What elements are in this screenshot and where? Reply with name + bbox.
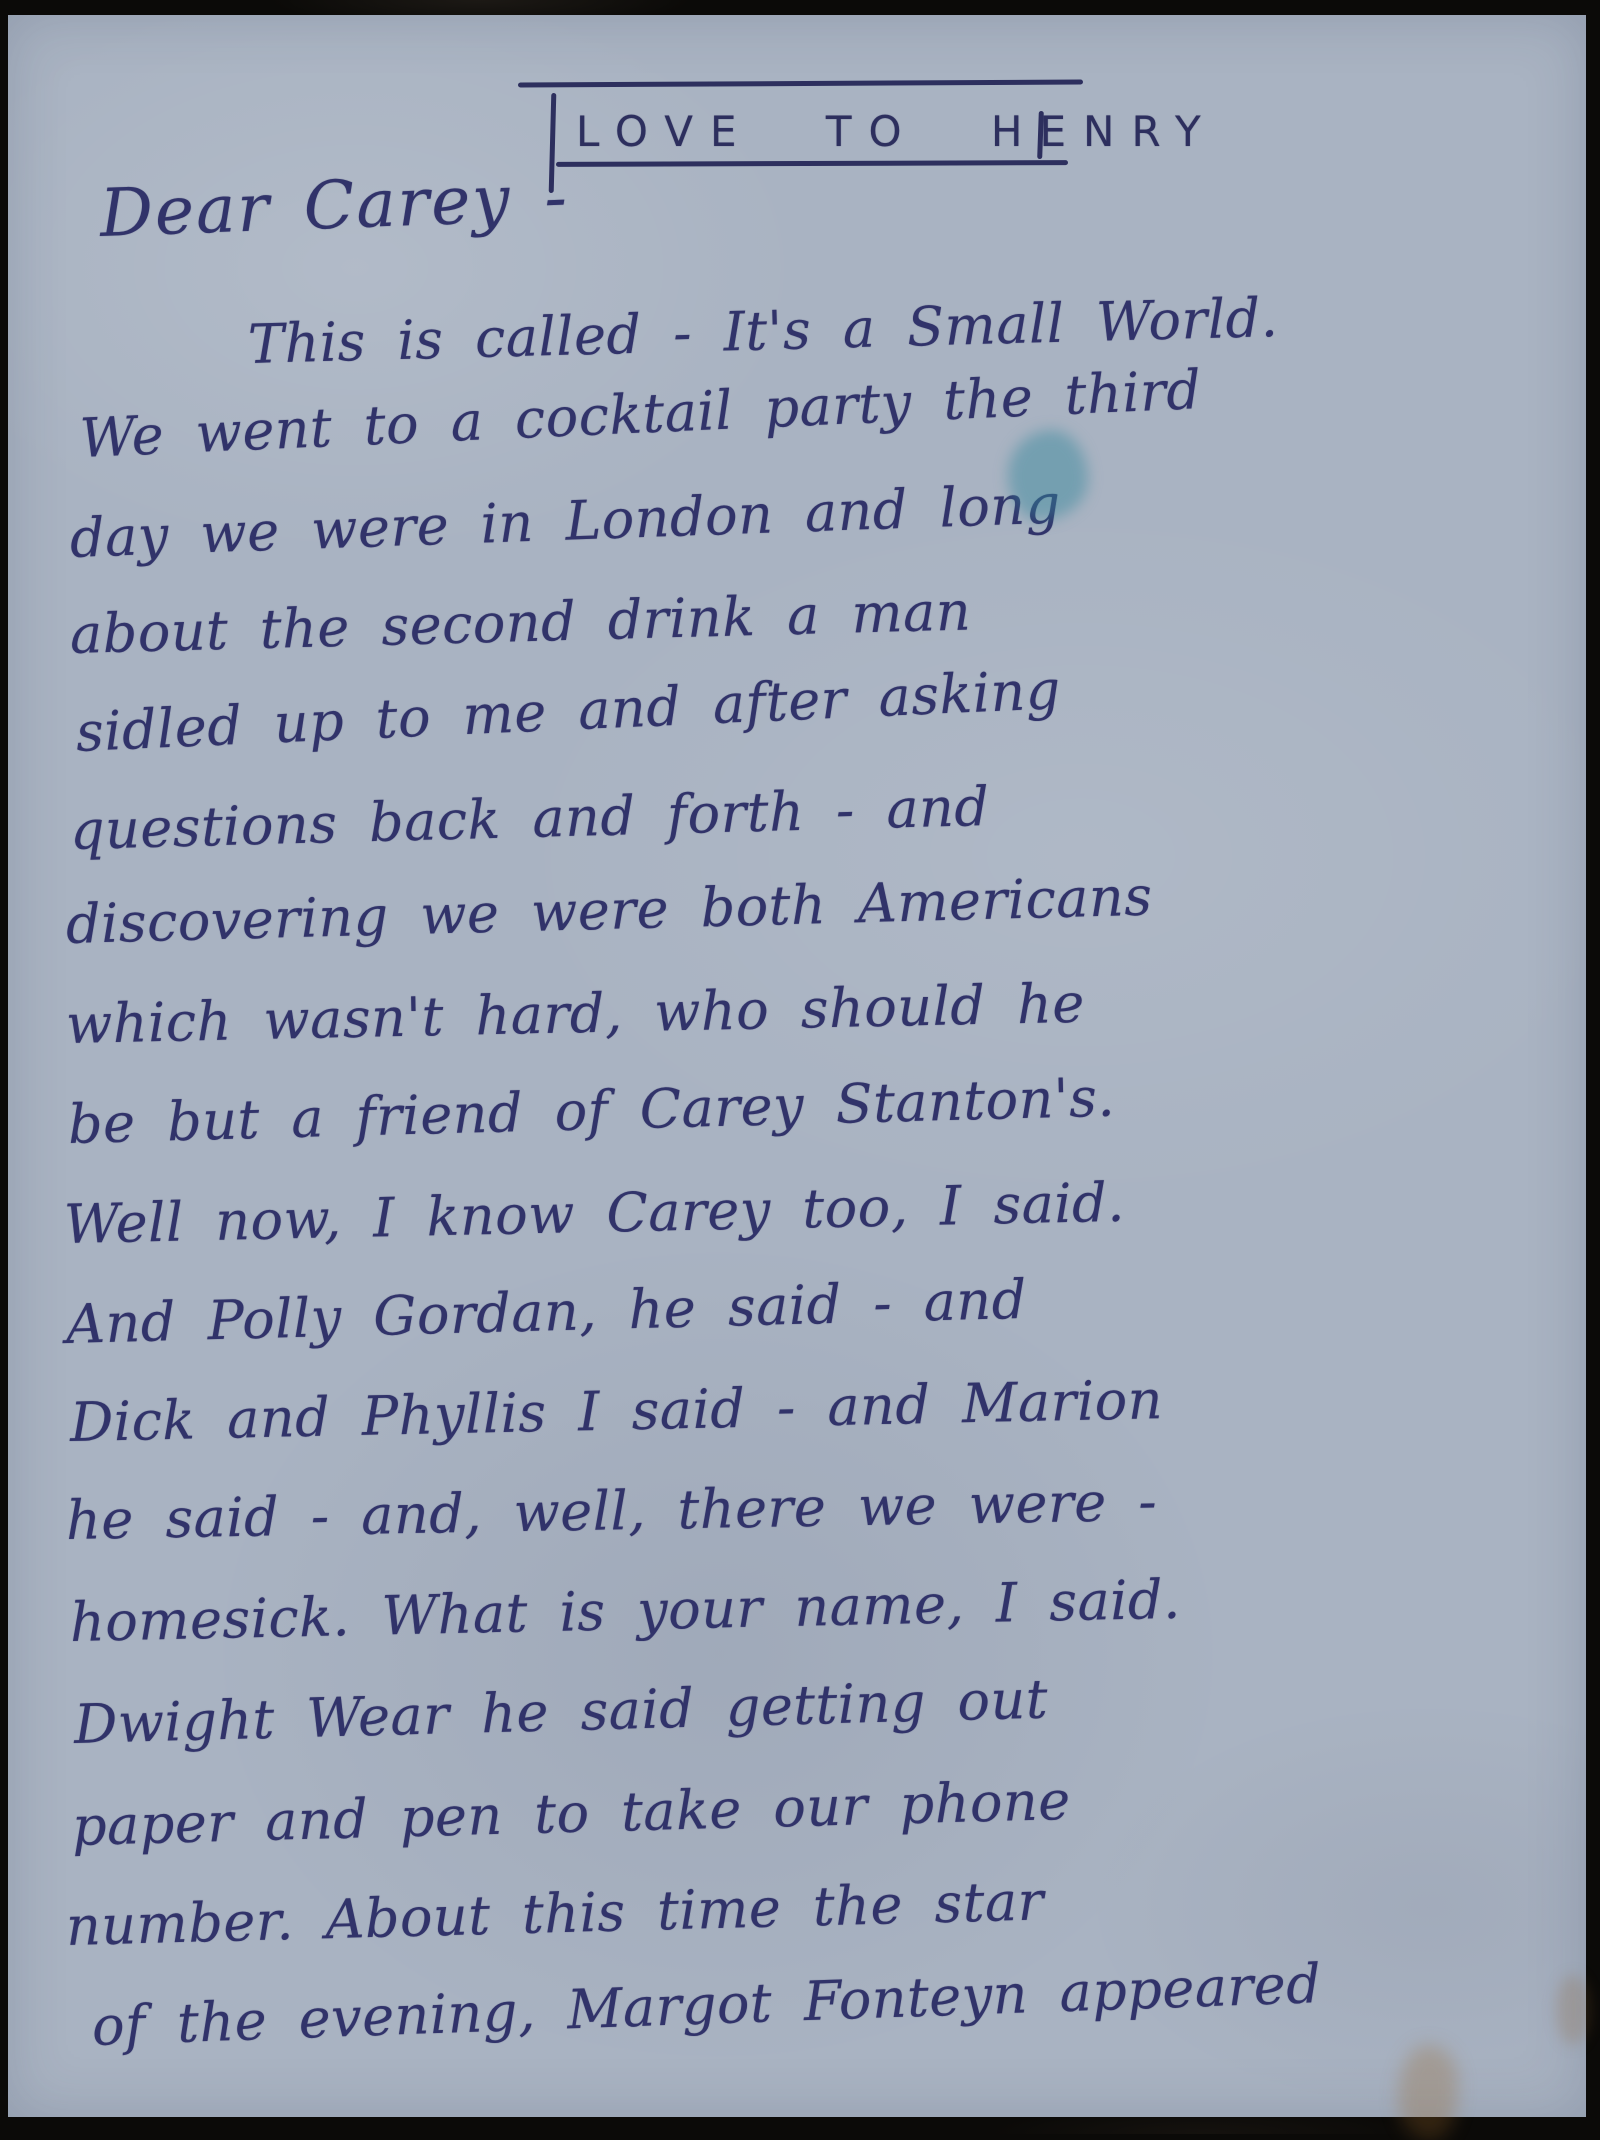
letter-line: day we were in London and long xyxy=(69,472,1062,570)
header-title: LOVE TO HENRY xyxy=(576,107,1218,156)
letter-line: Well now, I know Carey too, I said. xyxy=(63,1171,1125,1256)
letter-line: homesick. What is your name, I said. xyxy=(69,1568,1181,1654)
letter-line: Dwight Wear he said getting out xyxy=(73,1668,1049,1756)
paper-stain xyxy=(1398,2045,1458,2134)
letter-salutation: Dear Carey - xyxy=(99,159,570,252)
letter-line: questions back and forth - and xyxy=(69,775,990,862)
letter-line: paper and pen to take our phone xyxy=(71,1769,1071,1858)
letter-line: discovering we were both Americans xyxy=(65,865,1153,956)
header-top-rule xyxy=(518,80,1083,88)
letter-paper: LOVE TO HENRY Dear Carey - This is calle… xyxy=(8,15,1586,2117)
letter-line: of the evening, Margot Fonteyn appeared xyxy=(91,1952,1322,2058)
letter-line: which wasn't hard, who should he xyxy=(65,972,1085,1056)
letter-line: he said - and, well, there we were - xyxy=(65,1470,1157,1552)
header-bottom-rule xyxy=(556,160,1068,167)
paper-stain xyxy=(1556,1975,1590,2045)
letter-line: sidled up to me and after asking xyxy=(75,658,1062,764)
letter-line: number. About this time the star xyxy=(65,1869,1044,1958)
ink-smudge xyxy=(1008,430,1088,520)
letter-line: Dick and Phyllis I said - and Marion xyxy=(69,1368,1163,1454)
letter-line: about the second drink a man xyxy=(69,579,972,666)
letter-line: And Polly Gordan, he said - and xyxy=(65,1268,1027,1356)
letter-line: be but a friend of Carey Stanton's. xyxy=(67,1066,1116,1156)
